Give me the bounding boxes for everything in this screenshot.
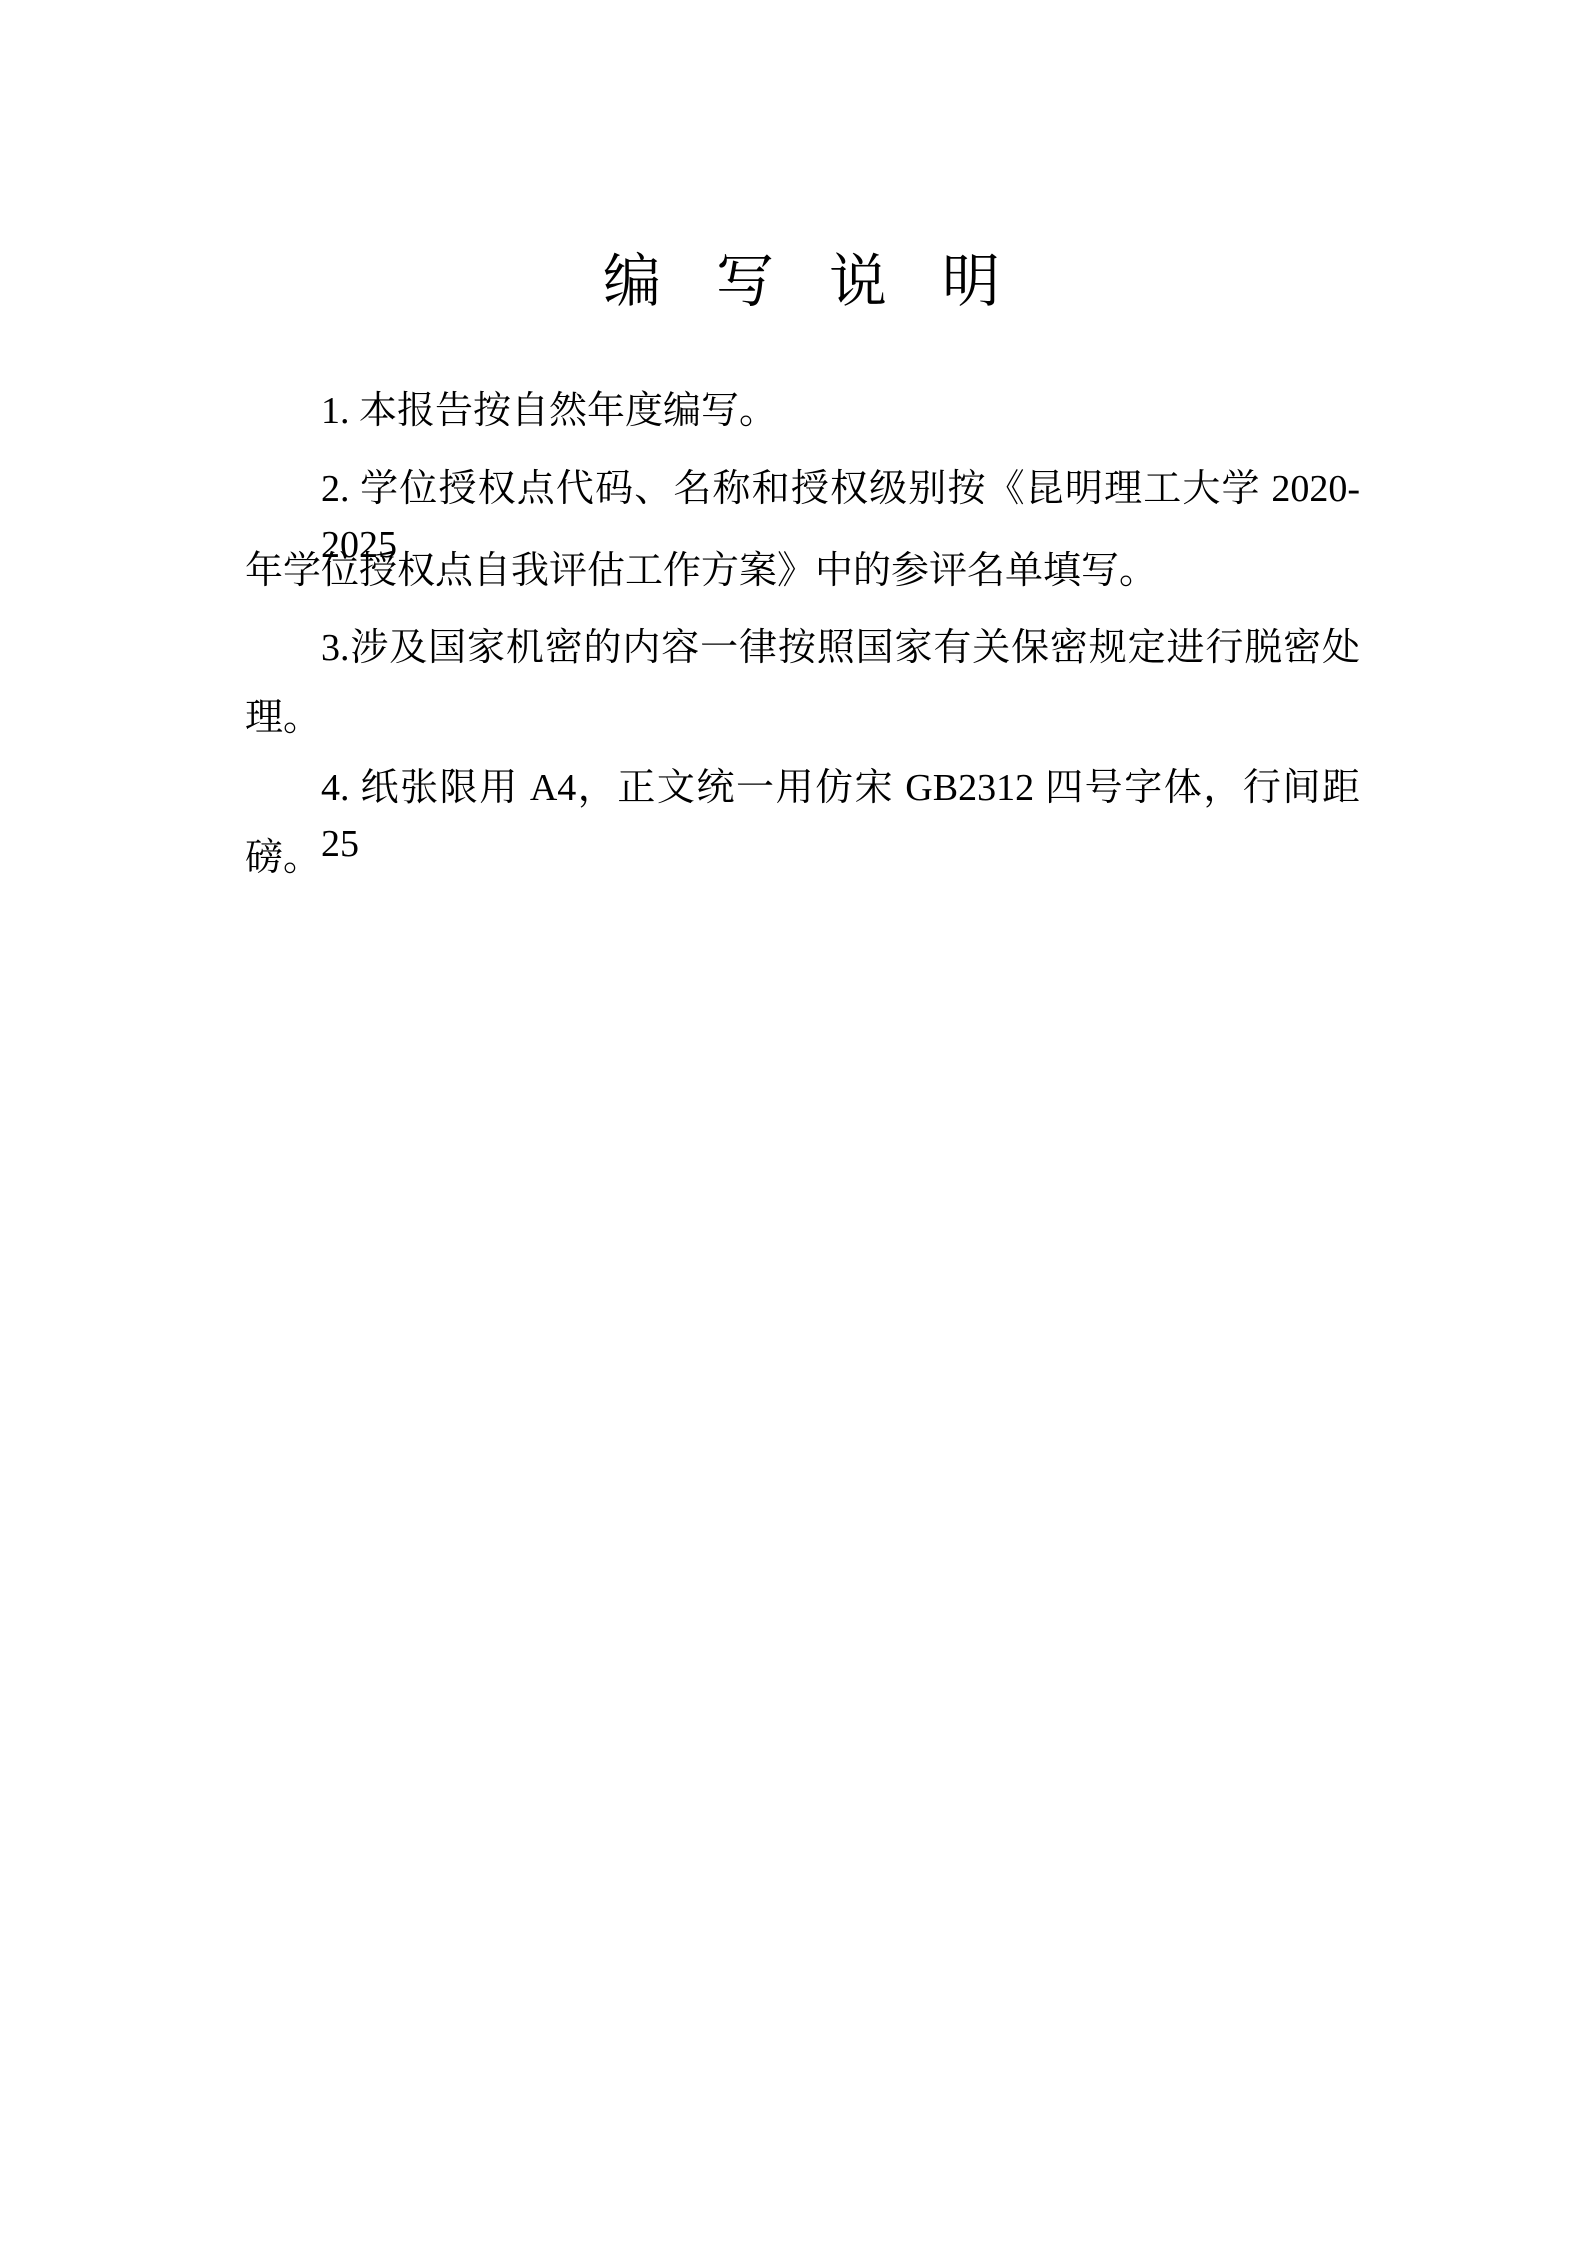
instruction-item-3-line-2: 理。 (245, 690, 1360, 746)
instruction-item-1: 1. 本报告按自然年度编写。 (245, 383, 1360, 439)
instruction-item-4-line-1: 4. 纸张限用 A4，正文统一用仿宋 GB2312 四号字体，行间距 25 (245, 760, 1360, 816)
instruction-item-2-line-1: 2. 学位授权点代码、名称和授权级别按《昆明理工大学 2020-2025 (245, 461, 1360, 517)
document-body: 1. 本报告按自然年度编写。 2. 学位授权点代码、名称和授权级别按《昆明理工大… (245, 0, 1360, 2245)
instruction-item-4-line-2: 磅。 (245, 830, 1360, 886)
document-page: 编 写 说 明 1. 本报告按自然年度编写。 2. 学位授权点代码、名称和授权级… (0, 0, 1587, 2245)
instruction-item-3-line-1: 3.涉及国家机密的内容一律按照国家有关保密规定进行脱密处 (245, 620, 1360, 676)
instruction-item-2-line-2: 年学位授权点自我评估工作方案》中的参评名单填写。 (245, 543, 1360, 599)
